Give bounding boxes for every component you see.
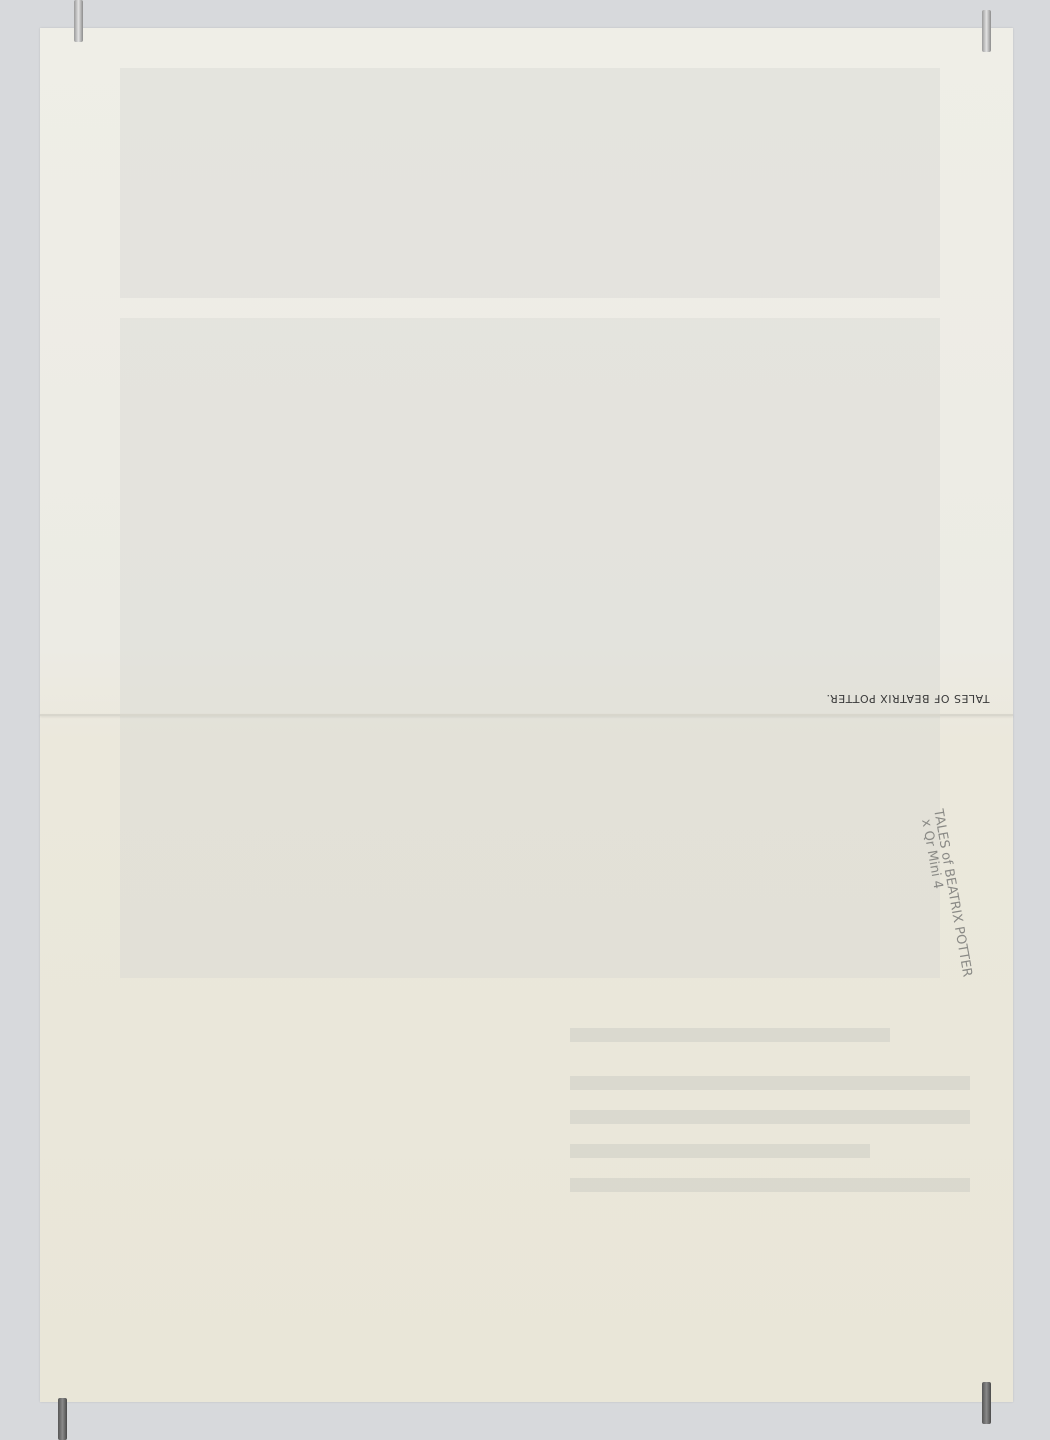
show-through-image <box>120 318 940 978</box>
poster-sheet: TALES OF BEATRIX POTTER. TALES of BEATRI… <box>40 28 1013 1402</box>
show-through-title <box>120 68 940 298</box>
clip-top-left <box>74 0 83 42</box>
show-through-text-line <box>570 1110 970 1124</box>
clip-bottom-right <box>982 1382 991 1424</box>
show-through-text-line <box>570 1178 970 1192</box>
show-through-text-line <box>570 1076 970 1090</box>
clip-top-right <box>982 10 991 52</box>
clip-bottom-left <box>58 1398 67 1440</box>
show-through-text-line <box>570 1028 890 1042</box>
show-through-text-line <box>570 1144 870 1158</box>
fold-crease <box>40 714 1013 716</box>
stamp-text: TALES OF BEATRIX POTTER. <box>826 692 989 705</box>
